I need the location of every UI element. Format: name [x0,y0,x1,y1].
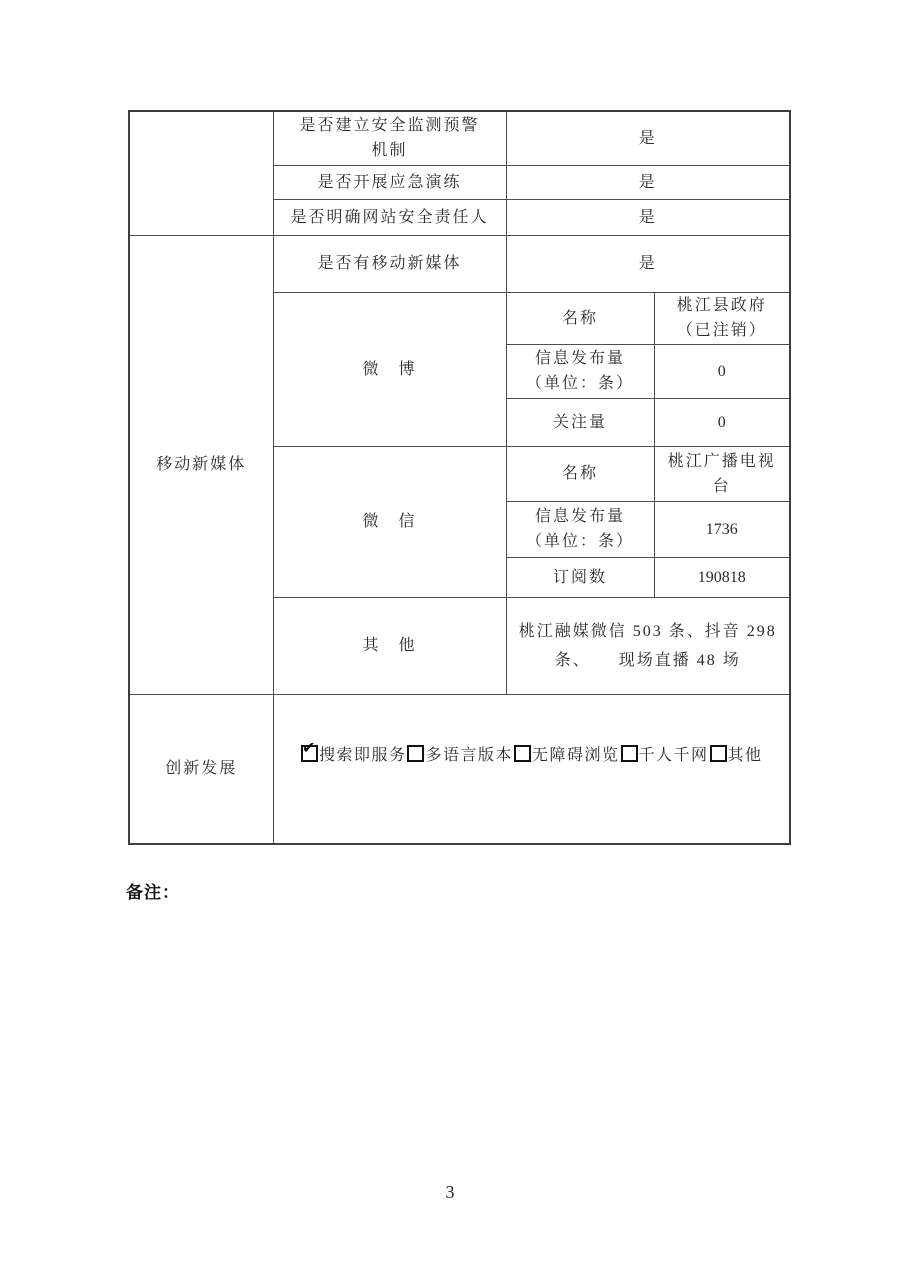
table-row: 创新发展 ✔搜索即服务多语言版本无障碍浏览千人千网其他 [129,694,790,844]
security-row-value: 是 [506,165,790,199]
weibo-name-value: 桃江县政府 （已注销） [654,292,790,344]
notes-label: 备注： [126,878,180,903]
label-line: 信息发布量 [507,504,654,529]
label-line: 信息发布量 [507,346,654,371]
wechat-name-label: 名称 [506,446,654,501]
wechat-name-value: 桃江广播电视 台 [654,446,790,501]
innovation-option-label: 多语言版本 [425,747,513,764]
weibo-label: 微 博 [273,292,506,446]
value-line: 桃江广播电视 [655,449,790,474]
weibo-name-label: 名称 [506,292,654,344]
security-row-label: 是否明确网站安全责任人 [273,199,506,235]
label-line: （单位：条） [507,371,654,396]
wechat-posts-value: 1736 [654,501,790,557]
check-mark-icon: ✔ [302,740,315,756]
other-media-label: 其 他 [273,597,506,694]
innovation-option-label: 其他 [728,747,763,764]
security-row-label: 是否开展应急演练 [273,165,506,199]
value-line: 条、 现场直播 48 场 [507,646,790,675]
innovation-options: ✔搜索即服务多语言版本无障碍浏览千人千网其他 [273,694,790,844]
checkbox-checked-icon[interactable]: ✔ [301,745,318,762]
label-line: 是否建立安全监测预警 [274,113,506,138]
wechat-subscribers-label: 订阅数 [506,557,654,597]
security-section-cell-empty [129,111,273,235]
table-row: 移动新媒体 是否有移动新媒体 是 [129,235,790,292]
wechat-label: 微 信 [273,446,506,597]
security-row-label: 是否建立安全监测预警 机制 [273,111,506,165]
weibo-followers-label: 关注量 [506,398,654,446]
innovation-option-label: 千人千网 [639,747,709,764]
wechat-subscribers-value: 190818 [654,557,790,597]
checkbox-unchecked-icon[interactable] [514,745,531,762]
value-line: 桃江县政府 [655,293,790,318]
weibo-posts-value: 0 [654,344,790,398]
weibo-posts-label: 信息发布量 （单位：条） [506,344,654,398]
label-line: 机制 [274,138,506,163]
security-row-value: 是 [506,111,790,165]
mobile-media-section-label: 移动新媒体 [129,235,273,694]
security-row-value: 是 [506,199,790,235]
has-mobile-value: 是 [506,235,790,292]
has-mobile-label: 是否有移动新媒体 [273,235,506,292]
label-line: （单位：条） [507,529,654,554]
value-line: 桃江融媒微信 503 条、抖音 298 [507,617,790,646]
page-number: 3 [0,1182,900,1203]
innovation-option-label: 搜索即服务 [319,747,407,764]
value-line: 台 [655,474,790,499]
document-page: 是否建立安全监测预警 机制 是 是否开展应急演练 是 是否明确网站安全责任人 是… [0,0,900,1272]
table-row: 是否建立安全监测预警 机制 是 [129,111,790,165]
innovation-section-label: 创新发展 [129,694,273,844]
wechat-posts-label: 信息发布量 （单位：条） [506,501,654,557]
checkbox-unchecked-icon[interactable] [407,745,424,762]
value-line: （已注销） [655,318,790,343]
weibo-followers-value: 0 [654,398,790,446]
checkbox-unchecked-icon[interactable] [710,745,727,762]
other-media-value: 桃江融媒微信 503 条、抖音 298 条、 现场直播 48 场 [506,597,790,694]
checkbox-unchecked-icon[interactable] [621,745,638,762]
innovation-option-label: 无障碍浏览 [532,747,620,764]
report-table: 是否建立安全监测预警 机制 是 是否开展应急演练 是 是否明确网站安全责任人 是… [128,110,791,845]
